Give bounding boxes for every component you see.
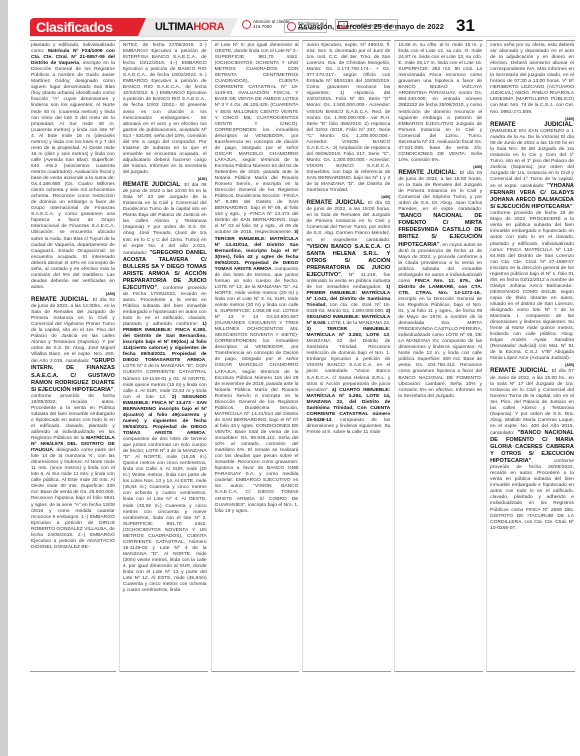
section-title: Clasificados — [36, 19, 112, 35]
column-6: como seña por su oferta, esto deberá ser… — [486, 40, 575, 672]
page-gutter — [0, 0, 8, 756]
section-banner: Clasificados — [30, 18, 148, 36]
column-2: NITEZ, de fecha 27/05/2019. 3.-) EMBARGO… — [119, 40, 208, 672]
column-4: Juicio Ejecutivo, expte. Nº 485/19, fl. … — [302, 40, 391, 672]
column-3: el Lote Nº 5; por igual dimensión al OES… — [211, 40, 300, 672]
whatsapp-icon — [287, 22, 296, 31]
page-number: 31 — [456, 16, 475, 36]
newspaper-logo: ULTIMAHORA — [155, 21, 224, 33]
phone-icon — [242, 20, 251, 29]
header-divider — [30, 36, 575, 37]
classifieds-columns: plantado y edificado, individualizado co… — [30, 40, 575, 672]
dateline: Asunción, miércoles 25 de mayo de 2022 — [298, 22, 444, 31]
column-1: plantado y edificado, individualizado co… — [30, 40, 116, 672]
column-5: 15,06 m. su c/fte. al N. mide 15 m. y li… — [394, 40, 483, 672]
page-header: Clasificados ULTIMAHORA Atención al clie… — [30, 18, 575, 36]
